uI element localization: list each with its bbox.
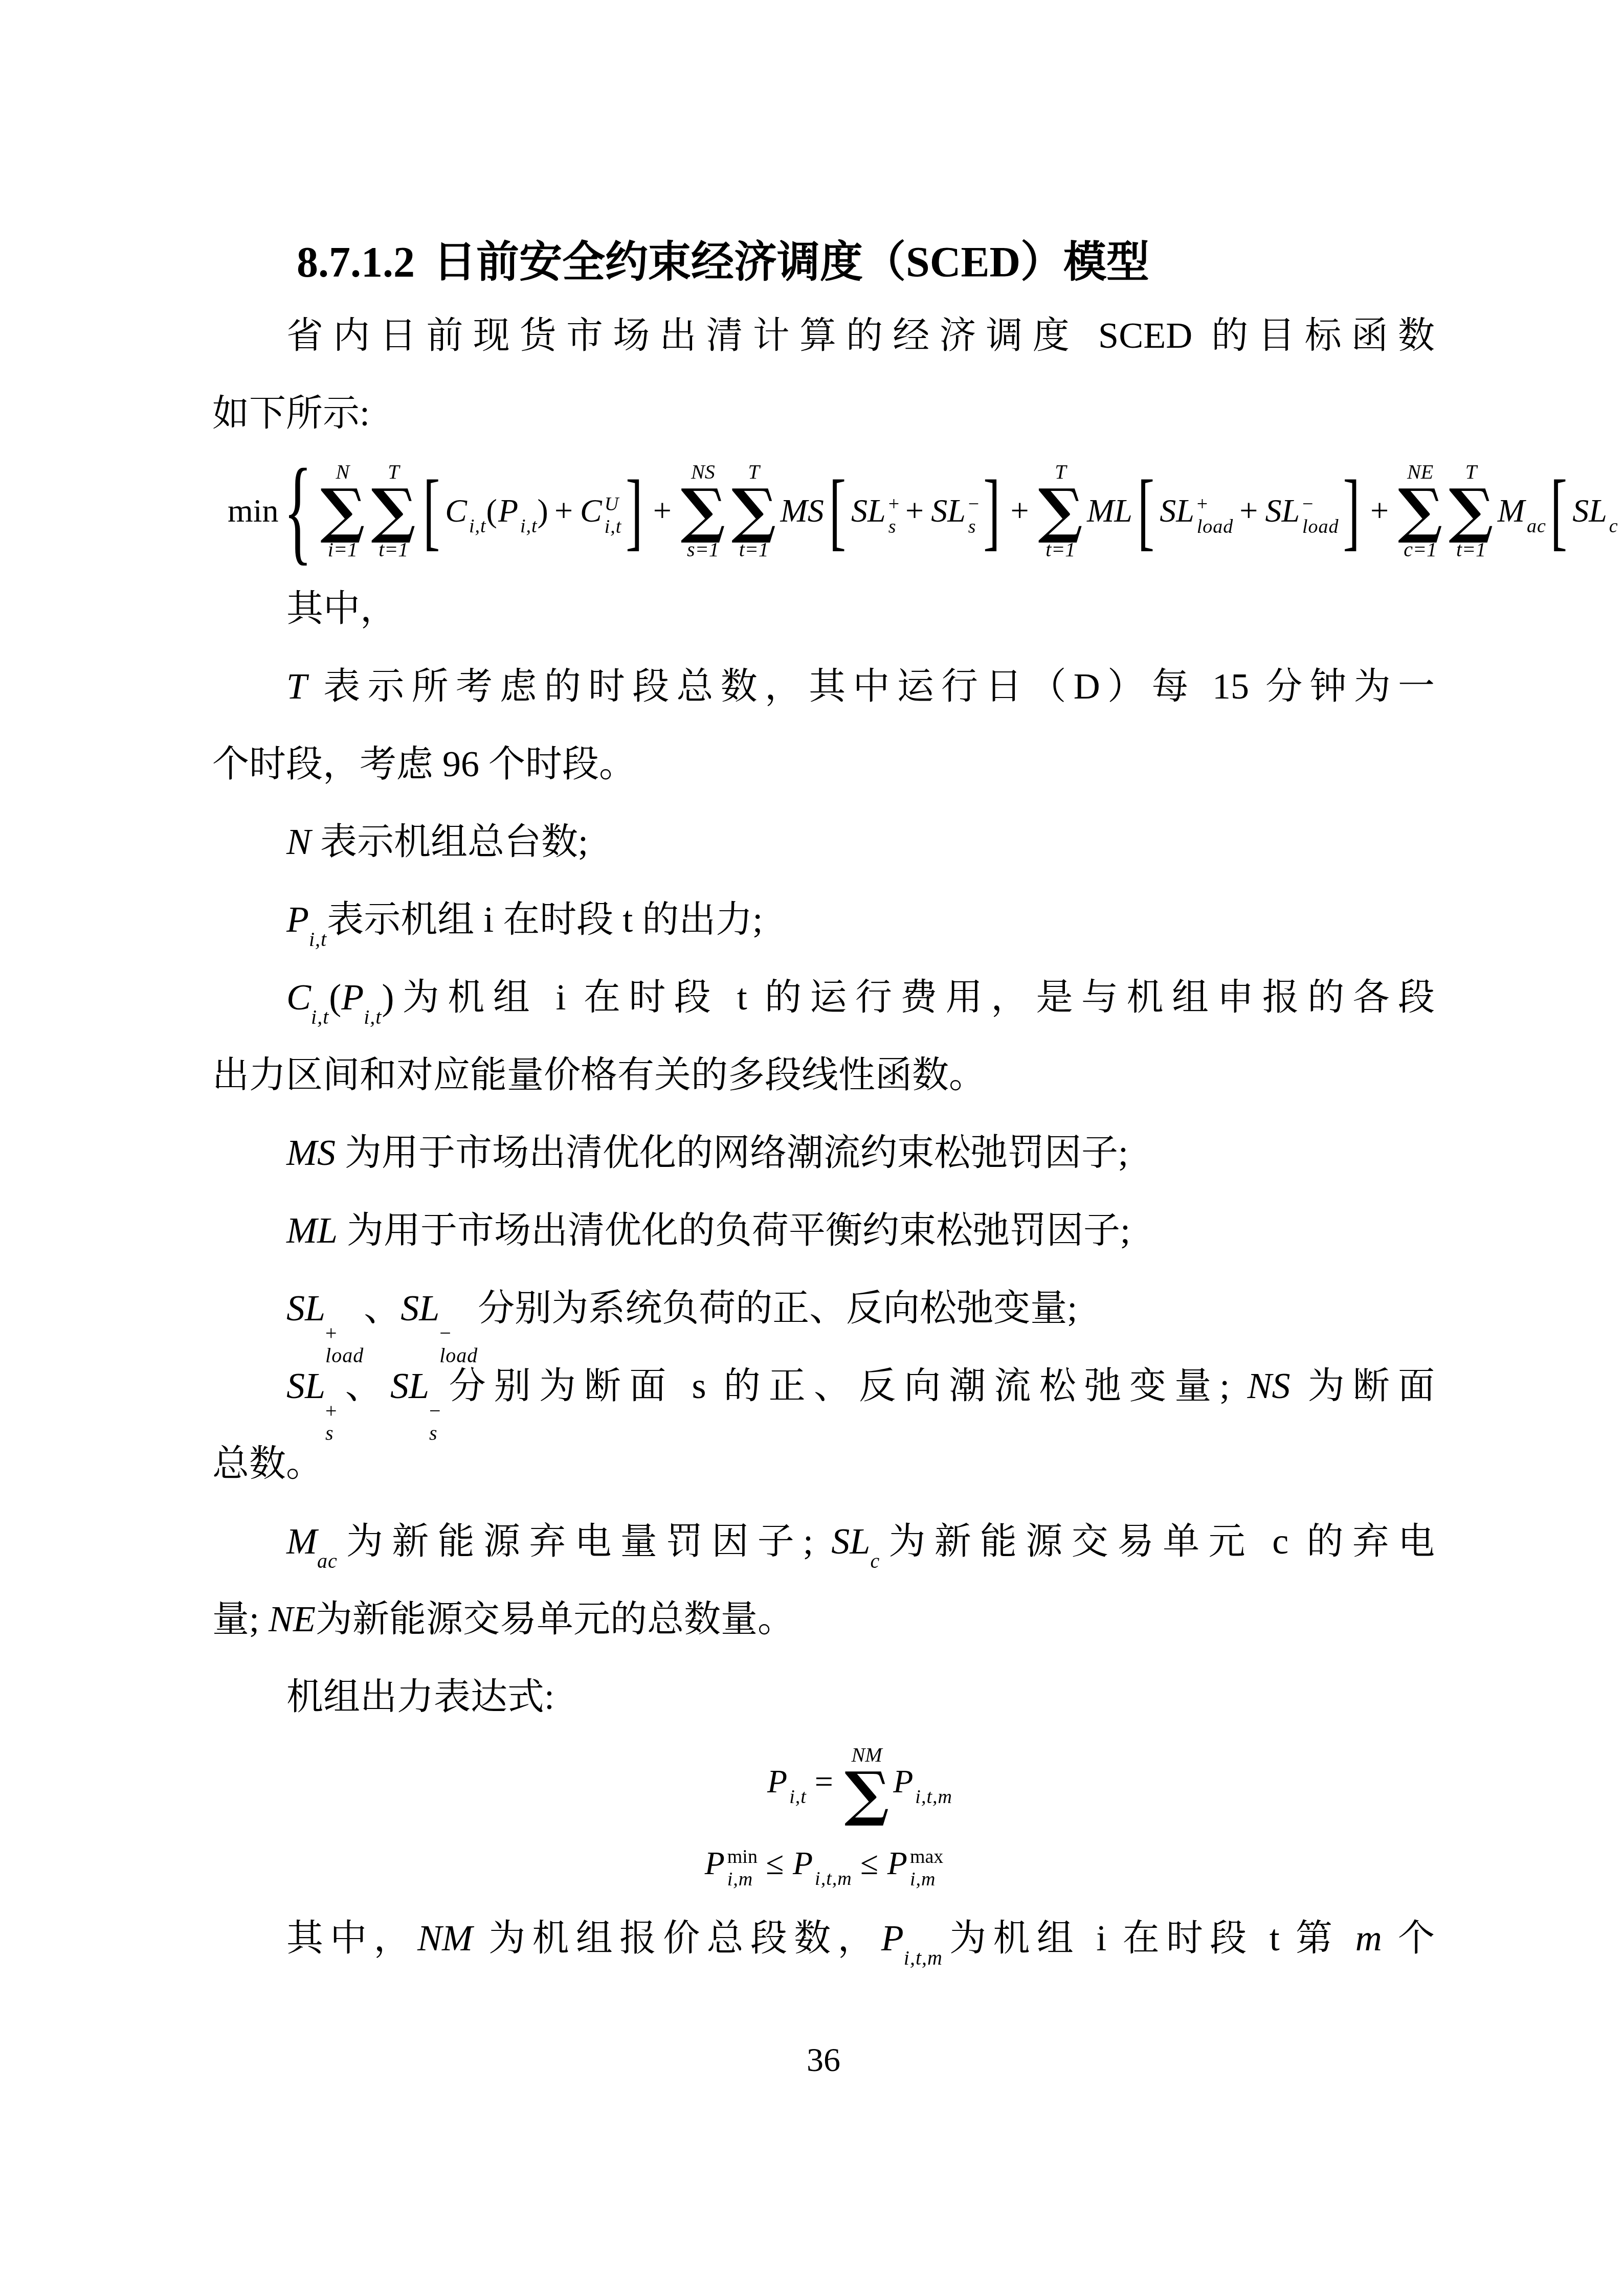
var-M: M: [1498, 492, 1525, 530]
less-equal-sign: ≤: [766, 1844, 784, 1882]
section-heading: 8.7.1.2日前安全约束经济调度（SCED）模型: [297, 229, 1435, 297]
plus-operator: +: [905, 492, 924, 530]
subscript: load: [1302, 517, 1339, 539]
text: 为机组报价总段数，: [473, 1918, 881, 1959]
sum-over-units: N∑i=1: [320, 460, 365, 562]
subscript: i,t: [605, 517, 622, 539]
subscript: ac: [317, 1549, 338, 1572]
plus-operator: +: [1370, 492, 1389, 530]
subscript: s: [429, 1423, 441, 1446]
left-bracket: [: [1550, 467, 1567, 554]
var-SL: SL: [286, 1365, 325, 1406]
page-content: 8.7.1.2日前安全约束经济调度（SCED）模型 省内日前现货市场出清计算的经…: [0, 0, 1624, 2083]
sigma-symbol: ∑: [731, 484, 776, 537]
sup-sub-pair: −load: [1302, 494, 1339, 539]
paragraph-MS: MS 为用于市场出清优化的网络潮流约束松弛罚因子;: [212, 1114, 1435, 1191]
paragraph-SLs-line1: SL+s、SL−s分别为断面 s 的正、反向潮流松弛变量; NS 为断面: [212, 1347, 1435, 1425]
paragraph-T-line1: T 表示所考虑的时段总数，其中运行日（D）每 15 分钟为一: [212, 647, 1435, 725]
sigma-symbol: ∑: [371, 484, 416, 537]
var-SL: SL: [401, 1288, 439, 1329]
subscript: i,m: [727, 1870, 758, 1892]
var-P: P: [887, 1844, 907, 1882]
var-P: P: [767, 1763, 787, 1800]
sum-lower-limit: t=1: [1045, 537, 1075, 562]
var-C: C: [445, 492, 467, 530]
paragraph-last: 其中，NM 为机组报价总段数，Pi,t,m为机组 i 在时段 t 第 m 个: [212, 1899, 1435, 1977]
var-SL: SL: [851, 492, 886, 530]
var-P: P: [286, 899, 309, 940]
sum-lower-limit: i=1: [328, 537, 358, 562]
subscript: s: [888, 517, 899, 539]
var-P: P: [893, 1763, 913, 1800]
enumeration-comma: 、: [337, 1365, 390, 1406]
section-number: 8.7.1.2: [297, 239, 415, 286]
var-SL: SL: [286, 1288, 325, 1329]
subscript: i,t: [309, 928, 327, 951]
sup-sub-pair: −s: [968, 494, 979, 539]
subscript: i,m: [910, 1870, 943, 1892]
paragraph-ML: ML 为用于市场出清优化的负荷平衡约束松弛罚因子;: [212, 1191, 1435, 1269]
sum-over-renewables: NE∑c=1: [1398, 460, 1442, 562]
paragraph-intro-line2: 如下所示:: [212, 374, 1435, 452]
sum-lower-limit: t=1: [1456, 537, 1486, 562]
document-page: 8.7.1.2日前安全约束经济调度（SCED）模型 省内日前现货市场出清计算的经…: [0, 0, 1624, 2296]
subscript: i,t: [469, 515, 486, 537]
text: 其中，: [286, 588, 397, 629]
paragraph-SLload: SL+load、SL−load分别为系统负荷的正、反向松弛变量;: [212, 1269, 1435, 1347]
text: 为新能源交易单元的总数量。: [316, 1599, 794, 1639]
right-bracket: ]: [983, 467, 1000, 554]
paragraph-qizhong: 其中，: [212, 570, 1435, 647]
var-P: P: [881, 1918, 904, 1959]
subscript: s: [968, 517, 979, 539]
subscript: i,t: [364, 1005, 382, 1028]
superscript: −: [968, 494, 979, 517]
sup-sub-pair: +load: [1197, 494, 1234, 539]
sigma-symbol: ∑: [320, 484, 365, 537]
subscript: s: [325, 1423, 337, 1446]
var-NM: NM: [417, 1918, 473, 1959]
paragraph-C-line2: 出力区间和对应能量价格有关的多段线性函数。: [212, 1036, 1435, 1114]
text: 表示机组 i 在时段 t 的出力;: [327, 899, 763, 940]
text: 省内日前现货市场出清计算的经济调度 SCED 的目标函数: [286, 315, 1435, 356]
superscript: −: [439, 1323, 478, 1345]
sum-over-time: T∑t=1: [731, 460, 776, 562]
text: 出力区间和对应能量价格有关的多段线性函数。: [212, 1054, 986, 1095]
var-NS: NS: [1248, 1365, 1291, 1406]
var-SL: SL: [390, 1365, 429, 1406]
subscript: i,t,m: [815, 1867, 852, 1890]
var-MS: MS: [780, 492, 824, 530]
text: 为机组 i 在时段 t 第: [943, 1918, 1355, 1959]
var-MS: MS: [286, 1132, 336, 1173]
text: 为机组 i 在时段 t 的运行费用，是与机组申报的各段: [394, 977, 1435, 1018]
unit-output-formula: Pi,t=NM∑Pi,t,m: [248, 1736, 1471, 1828]
subscript: load: [1197, 517, 1234, 539]
left-brace: {: [284, 452, 313, 570]
right-paren: ): [538, 492, 548, 530]
sum-over-time: T∑t=1: [371, 460, 416, 562]
sup-sub-pair: +s: [888, 494, 899, 539]
paragraph-intro-line1: 省内日前现货市场出清计算的经济调度 SCED 的目标函数: [212, 297, 1435, 374]
var-ML: ML: [286, 1210, 338, 1251]
superscript: +: [888, 494, 899, 517]
text: 表示所考虑的时段总数，其中运行日（D）每 15 分钟为一: [307, 666, 1435, 707]
text: 如下所示:: [212, 393, 370, 434]
paragraph-expr-label: 机组出力表达式:: [212, 1658, 1435, 1736]
sup-sub-pair: Ui,t: [605, 494, 622, 539]
sigma-symbol: ∑: [844, 1767, 889, 1820]
right-bracket: ]: [1343, 467, 1360, 554]
page-number: 36: [212, 2037, 1435, 2083]
sum-over-sections: NS∑s=1: [681, 460, 725, 562]
var-SL: SL: [1265, 492, 1300, 530]
subscript: c: [870, 1549, 880, 1572]
paragraph-T-line2: 个时段，考虑 96 个时段。: [212, 725, 1435, 803]
superscript: −: [1302, 494, 1339, 517]
right-paren: ): [382, 977, 394, 1018]
sum-lower-limit: c=1: [1404, 537, 1437, 562]
var-ML: ML: [1087, 492, 1132, 530]
var-C: C: [286, 977, 311, 1018]
sum-lower-limit: s=1: [687, 537, 719, 562]
plus-operator: +: [1011, 492, 1029, 530]
text: 为用于市场出清优化的网络潮流约束松弛罚因子;: [336, 1132, 1128, 1173]
subscript: ac: [1527, 515, 1546, 537]
less-equal-sign: ≤: [860, 1844, 878, 1882]
text: 为断面: [1291, 1365, 1435, 1406]
var-P: P: [341, 977, 364, 1018]
subscript: i,t,m: [904, 1946, 943, 1969]
subscript: i,t: [520, 515, 538, 537]
var-N: N: [286, 821, 311, 862]
right-bracket: ]: [626, 467, 642, 554]
text: 分别为系统负荷的正、反向松弛变量;: [478, 1288, 1077, 1329]
var-P: P: [705, 1844, 725, 1882]
sup-sub-pair: +s: [325, 1401, 337, 1446]
var-SL: SL: [1160, 492, 1194, 530]
left-bracket: [: [423, 467, 440, 554]
left-paren: (: [486, 492, 497, 530]
var-P: P: [498, 492, 518, 530]
var-P: P: [793, 1844, 813, 1882]
superscript: +: [1197, 494, 1234, 517]
right-bracket: ]: [1622, 467, 1624, 554]
text: 个: [1382, 1918, 1435, 1959]
var-NE: NE: [269, 1599, 316, 1639]
sum-over-time: T∑t=1: [1449, 460, 1493, 562]
paragraph-Mac-line2: 量; NE为新能源交易单元的总数量。: [212, 1580, 1435, 1658]
sup-sub-pair: −s: [429, 1401, 441, 1446]
var-C: C: [580, 492, 602, 530]
subscript: c: [1609, 515, 1618, 537]
paragraph-P: Pi,t表示机组 i 在时段 t 的出力;: [212, 881, 1435, 958]
text: 其中，: [286, 1918, 417, 1959]
text: 为用于市场出清优化的负荷平衡约束松弛罚因子;: [338, 1210, 1130, 1251]
var-SL: SL: [1572, 492, 1607, 530]
subscript: i,t: [311, 1005, 329, 1028]
sum-lower-limit: t=1: [379, 537, 408, 562]
paragraph-N: N 表示机组总台数;: [212, 803, 1435, 881]
text: 分别为断面 s 的正、反向潮流松弛变量;: [441, 1365, 1248, 1406]
var-M: M: [286, 1521, 317, 1562]
sigma-symbol: ∑: [1398, 484, 1442, 537]
text: 表示机组总台数;: [311, 821, 588, 862]
equals-sign: =: [815, 1763, 833, 1800]
plus-operator: +: [1239, 492, 1258, 530]
enumeration-comma: 、: [364, 1288, 401, 1329]
superscript: +: [325, 1401, 337, 1423]
paragraph-Mac-line1: Mac为新能源弃电量罚因子; SLc为新能源交易单元 c 的弃电: [212, 1502, 1435, 1580]
paragraph-SLs-line2: 总数。: [212, 1425, 1435, 1502]
superscript: −: [429, 1401, 441, 1423]
output-bounds-formula: Pmini,m≤Pi,t,m≤Pmaxi,m: [212, 1828, 1435, 1899]
text: 为新能源弃电量罚因子;: [338, 1521, 832, 1562]
left-paren: (: [329, 977, 341, 1018]
sigma-symbol: ∑: [681, 484, 725, 537]
section-title: 日前安全约束经济调度（SCED）模型: [433, 239, 1149, 286]
sum-over-time: T∑t=1: [1038, 460, 1083, 562]
text: 总数。: [212, 1443, 323, 1484]
text: 量;: [212, 1599, 269, 1639]
subscript: i,t,m: [915, 1786, 952, 1808]
sum-lower-limit: t=1: [739, 537, 769, 562]
var-SL: SL: [831, 1521, 870, 1562]
subscript: i,t: [789, 1786, 807, 1808]
text: 个时段，考虑 96 个时段。: [212, 744, 636, 784]
min-operator: min: [228, 492, 279, 530]
sup-sub-pair: mini,m: [727, 1847, 758, 1892]
plus-operator: +: [554, 492, 573, 530]
superscript: min: [727, 1847, 758, 1870]
left-bracket: [: [1138, 467, 1154, 554]
paragraph-C-line1: Ci,t(Pi,t)为机组 i 在时段 t 的运行费用，是与机组申报的各段: [212, 958, 1435, 1036]
var-T: T: [286, 666, 307, 707]
var-m: m: [1355, 1918, 1382, 1959]
objective-function-formula: min{N∑i=1T∑t=1[Ci,t(Pi,t)+CUi,t]+NS∑s=1T…: [228, 452, 1435, 570]
superscript: U: [605, 494, 622, 517]
sigma-symbol: ∑: [1038, 484, 1083, 537]
left-bracket: [: [829, 467, 846, 554]
sup-sub-pair: maxi,m: [910, 1847, 943, 1892]
sum-over-segments: NM∑: [844, 1743, 889, 1820]
text: 为新能源交易单元 c 的弃电: [880, 1521, 1435, 1562]
sigma-symbol: ∑: [1449, 484, 1493, 537]
text: 机组出力表达式:: [286, 1676, 554, 1717]
superscript: +: [325, 1323, 364, 1345]
plus-operator: +: [653, 492, 672, 530]
superscript: max: [910, 1847, 943, 1870]
var-SL: SL: [931, 492, 966, 530]
